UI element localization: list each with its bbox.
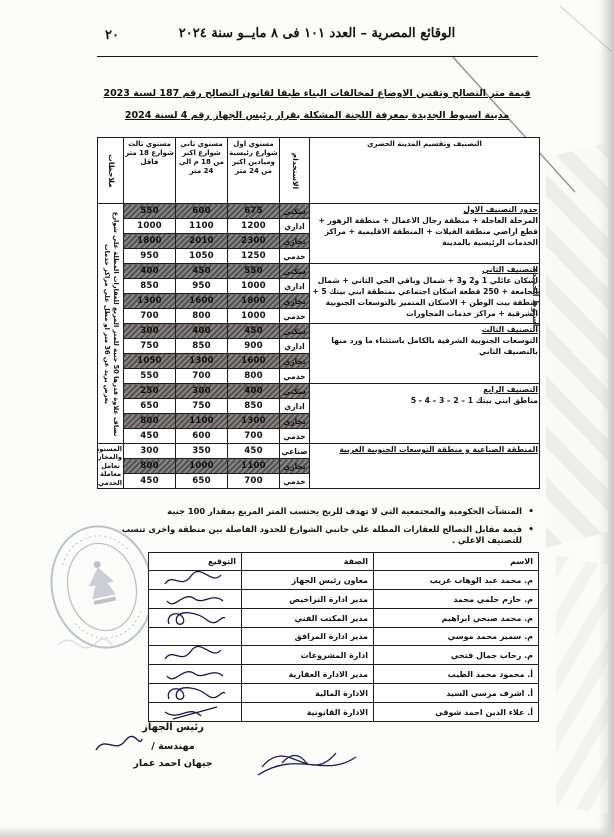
- price-value-cell: 1600: [176, 294, 228, 309]
- section-heading: المنطقة الصناعية و منطقة التوسعات الجنوب…: [311, 444, 538, 455]
- watermark-band: [546, 142, 608, 547]
- price-value-cell: 300: [124, 324, 176, 339]
- price-value-cell: 650: [124, 399, 176, 414]
- signature-flourish-icon: [252, 733, 362, 789]
- signatory-name: م. محمد صبحي ابراهيم: [374, 609, 539, 628]
- usage-cell: تجاري: [280, 354, 310, 369]
- price-value-cell: 300: [176, 384, 228, 399]
- price-value-cell: 400: [176, 324, 228, 339]
- col-header-notes: ملاحظات: [98, 138, 124, 204]
- pricing-row: التصنيف الرابعمناطق ابني بيتك 1 – 2 – 3 …: [98, 384, 540, 399]
- chairman-name: جيهان احمد عمار: [103, 758, 243, 769]
- signatory-role: الادارة القانونية: [242, 703, 374, 722]
- price-value-cell: 1600: [228, 354, 280, 369]
- price-value-cell: 450: [176, 264, 228, 279]
- price-value-cell: 1000: [228, 279, 280, 294]
- col-header-name: الاسم: [374, 553, 539, 571]
- chairman-title: رئيس الجهاز: [103, 722, 243, 733]
- signatory-row: م. حازم حلمي محمدمدير ادارة التراخيص: [149, 590, 539, 609]
- price-value-cell: 1100: [228, 459, 280, 474]
- col-header-role: الصفة: [242, 553, 374, 571]
- signatory-name: أ. علاء الدين احمد شوقي: [374, 703, 539, 722]
- signatory-name: م. حازم حلمي محمد: [374, 590, 539, 609]
- section-classification: التصنيف الثالثالتوسعات الجنوبية الشرقية …: [310, 324, 540, 384]
- section-classification: التصنيف الثانياسكان عائلي 1 و2 و3 + شمال…: [310, 264, 540, 324]
- signatory-signature: [149, 628, 242, 646]
- signatory-signature: [149, 703, 242, 722]
- signatory-row: م. محمد عبد الوهاب غريبمعاون رئيس الجهاز: [149, 571, 539, 590]
- price-value-cell: 2300: [228, 234, 280, 249]
- section-classification: التصنيف الرابعمناطق ابني بيتك 1 – 2 – 3 …: [310, 384, 540, 444]
- price-value-cell: 800: [124, 414, 176, 429]
- price-value-cell: 450: [228, 444, 280, 459]
- price-value-cell: 350: [176, 444, 228, 459]
- price-value-cell: 1000: [228, 309, 280, 324]
- price-value-cell: 250: [124, 384, 176, 399]
- usage-cell: تجاري: [280, 294, 310, 309]
- price-value-cell: 800: [176, 309, 228, 324]
- signatory-role: مدير ادارة المرافق: [242, 628, 374, 646]
- price-value-cell: 1000: [124, 219, 176, 234]
- price-value-cell: 1800: [124, 234, 176, 249]
- usage-cell: سكني: [280, 204, 310, 219]
- signature-scribble-icon: [161, 683, 229, 703]
- signatory-row: أ. محمود محمد الطيبمدير الادارة العقارية: [149, 665, 539, 684]
- note-bullet: قيمة مقابل التصالح للعقارات المطلة علي ج…: [97, 524, 537, 546]
- gazette-title: الوقائع المصرية – العدد ١٠١ فى ٨ مايــو …: [97, 26, 537, 41]
- price-value-cell: 400: [228, 384, 280, 399]
- price-value-cell: 800: [124, 459, 176, 474]
- price-value-cell: 450: [124, 474, 176, 489]
- side-vertical-label: اسيوط الجديدة: [531, 268, 540, 326]
- notes-rotated-text: تضاف علاوة قدرها 50 جنية للمتر المربع لل…: [102, 206, 120, 442]
- usage-cell: تجاري: [280, 234, 310, 249]
- usage-cell: اداري: [280, 279, 310, 294]
- price-value-cell: 950: [124, 249, 176, 264]
- price-value-cell: 550: [124, 369, 176, 384]
- col-header-level1: مستوي اول شوارع رئيسية وميادين اكبر من 2…: [228, 138, 280, 204]
- watermark-band-lower: [556, 555, 608, 814]
- price-value-cell: 1200: [228, 219, 280, 234]
- signatory-row: م. رحاب جمال فتحيادارة المشروعات: [149, 646, 539, 665]
- usage-cell: خدمي: [280, 429, 310, 444]
- section-heading: حدود التصنيف الاول: [311, 204, 538, 215]
- signature-scribble-icon: [161, 589, 229, 609]
- signatory-name: م. سمير محمد موسي: [374, 628, 539, 646]
- usage-cell: سكني: [280, 324, 310, 339]
- price-value-cell: 1100: [176, 219, 228, 234]
- chairman-prefix: مهندسة /: [103, 741, 243, 752]
- usage-cell: اداري: [280, 399, 310, 414]
- pricing-table: التصنيف وتقسيم المدينة الحضري الاستخدام …: [97, 137, 540, 489]
- scan-edge-bottom: [0, 826, 614, 837]
- price-value-cell: 1250: [228, 249, 280, 264]
- signatory-signature: [149, 609, 242, 628]
- signatory-row: م. محمد صبحي ابراهيممدير المكتب الفني: [149, 609, 539, 628]
- page-number: ٢٠: [105, 28, 119, 43]
- signatory-signature: [149, 684, 242, 703]
- price-value-cell: 450: [124, 429, 176, 444]
- usage-cell: سكني: [280, 264, 310, 279]
- section-description: اسكان عائلي 1 و2 و3 + شمال وباقي الحي ال…: [312, 276, 538, 318]
- usage-cell: خدمي: [280, 474, 310, 489]
- usage-cell: اداري: [280, 339, 310, 354]
- price-value-cell: 550: [228, 264, 280, 279]
- gazette-header: الوقائع المصرية – العدد ١٠١ فى ٨ مايــو …: [97, 26, 537, 50]
- price-value-cell: 1300: [228, 414, 280, 429]
- price-value-cell: 900: [228, 339, 280, 354]
- title-line-2: مدينة اسيوط الجديدة بمعرفة اللجنة المشكل…: [97, 110, 537, 121]
- signatory-role: مدير الادارة العقارية: [242, 665, 374, 684]
- usage-cell: خدمي: [280, 249, 310, 264]
- price-value-cell: 800: [228, 369, 280, 384]
- signature-scribble-icon: [161, 702, 229, 722]
- signatory-row: م. سمير محمد موسيمدير ادارة المرافق: [149, 628, 539, 646]
- section-heading: التصنيف الرابع: [311, 384, 538, 395]
- price-value-cell: 1000: [176, 459, 228, 474]
- pricing-row: حدود التصنيف الاولالمرحلة العاجلة + منطق…: [98, 204, 540, 219]
- title-line-1: قيمة متر التصالح وتقنين الاوضاع لمخالفات…: [97, 88, 537, 99]
- usage-cell: صناعي: [280, 444, 310, 459]
- price-value-cell: 300: [124, 444, 176, 459]
- price-value-cell: 400: [124, 264, 176, 279]
- header-rule: [97, 56, 538, 57]
- price-value-cell: 850: [228, 399, 280, 414]
- official-stamp: [44, 519, 160, 659]
- signatories-table: الاسم الصفة التوقيع م. محمد عبد الوهاب غ…: [148, 552, 539, 722]
- price-value-cell: 1050: [124, 354, 176, 369]
- signatory-signature: [149, 571, 242, 590]
- pricing-row: المنطقة الصناعية و منطقة التوسعات الجنوب…: [98, 444, 540, 459]
- signatory-signature: [149, 646, 242, 665]
- signatory-row: أ. اشرف مرسي السيدالادارة المالية: [149, 684, 539, 703]
- pricing-row: التصنيف الثانياسكان عائلي 1 و2 و3 + شمال…: [98, 264, 540, 279]
- price-value-cell: 1300: [176, 354, 228, 369]
- price-value-cell: 700: [228, 429, 280, 444]
- price-value-cell: 550: [124, 204, 176, 219]
- pricing-row: التصنيف الثالثالتوسعات الجنوبية الشرقية …: [98, 324, 540, 339]
- section-heading: التصنيف الثالث: [311, 324, 538, 335]
- document-title: قيمة متر التصالح وتقنين الاوضاع لمخالفات…: [97, 88, 537, 132]
- pricing-table-header-row: التصنيف وتقسيم المدينة الحضري الاستخدام …: [98, 138, 540, 204]
- price-value-cell: 450: [228, 324, 280, 339]
- note-bullet: المنشآت الحكومية والمجتمعية التي لا تهدف…: [97, 506, 537, 517]
- col-header-level3: مستوي ثالث شوارع 18 متر فاقل: [124, 138, 176, 204]
- signatory-row: أ. علاء الدين احمد شوقيالادارة القانونية: [149, 703, 539, 722]
- signature-scribble-icon: [161, 608, 229, 628]
- price-value-cell: 600: [176, 429, 228, 444]
- signatory-role: مدير ادارة التراخيص: [242, 590, 374, 609]
- price-value-cell: 1300: [124, 294, 176, 309]
- col-header-level2: مستوي ثاني شوارع اكبر من 18 م الي 24 متر: [176, 138, 228, 204]
- signatory-name: أ. محمود محمد الطيب: [374, 665, 539, 684]
- price-value-cell: 1050: [176, 249, 228, 264]
- price-value-cell: 2010: [176, 234, 228, 249]
- price-value-cell: 850: [124, 279, 176, 294]
- signatory-role: مدير المكتب الفني: [242, 609, 374, 628]
- section-description: التوسعات الجنوبية الشرقية بالكامل باستثن…: [331, 336, 538, 356]
- signatory-signature: [149, 590, 242, 609]
- usage-cell: خدمي: [280, 309, 310, 324]
- signatory-signature: [149, 665, 242, 684]
- price-value-cell: 950: [176, 279, 228, 294]
- signature-scribble-icon: [161, 570, 229, 590]
- usage-cell: اداري: [280, 219, 310, 234]
- usage-cell: خدمي: [280, 369, 310, 384]
- price-value-cell: 750: [124, 339, 176, 354]
- price-value-cell: 700: [228, 474, 280, 489]
- signature-scribble-icon: [161, 664, 229, 684]
- col-header-classification: التصنيف وتقسيم المدينة الحضري: [310, 138, 540, 204]
- signature-scribble-icon: [161, 645, 229, 665]
- section-classification: المنطقة الصناعية و منطقة التوسعات الجنوب…: [310, 444, 540, 489]
- price-value-cell: 650: [176, 474, 228, 489]
- price-value-cell: 850: [176, 339, 228, 354]
- section-heading: التصنيف الثاني: [311, 264, 538, 275]
- notes-merged-cell: تضاف علاوة قدرها 50 جنية للمتر المربع لل…: [98, 204, 124, 444]
- price-value-cell: 1100: [176, 414, 228, 429]
- signatory-role: ادارة المشروعات: [242, 646, 374, 665]
- usage-cell: تجاري: [280, 459, 310, 474]
- chairman-block: رئيس الجهاز مهندسة / جيهان احمد عمار: [103, 722, 243, 769]
- usage-cell: سكني: [280, 384, 310, 399]
- price-value-cell: 1800: [228, 294, 280, 309]
- signatory-name: أ. اشرف مرسي السيد: [374, 684, 539, 703]
- price-value-cell: 675: [228, 204, 280, 219]
- col-header-signature: التوقيع: [149, 553, 242, 571]
- col-header-usage: الاستخدام: [280, 138, 310, 204]
- section-classification: حدود التصنيف الاولالمرحلة العاجلة + منطق…: [310, 204, 540, 264]
- signatory-role: معاون رئيس الجهاز: [242, 571, 374, 590]
- price-value-cell: 750: [176, 399, 228, 414]
- price-value-cell: 700: [176, 369, 228, 384]
- usage-cell: تجاري: [280, 414, 310, 429]
- signatory-role: الادارة المالية: [242, 684, 374, 703]
- signatory-name: م. محمد عبد الوهاب غريب: [374, 571, 539, 590]
- chairman-signature-icon: [93, 733, 145, 757]
- signatories-header-row: الاسم الصفة التوقيع: [149, 553, 539, 571]
- section-description: المرحلة العاجلة + منطقة رجال الاعمال + م…: [319, 216, 538, 247]
- signatory-name: م. رحاب جمال فتحي: [374, 646, 539, 665]
- section-description: مناطق ابني بيتك 1 – 2 – 3 – 4 - 5: [411, 396, 538, 405]
- price-value-cell: 700: [124, 309, 176, 324]
- price-value-cell: 600: [176, 204, 228, 219]
- notes-industrial-cell: المستودعات والمخازن تعامل معاملة الخدمي: [98, 444, 124, 489]
